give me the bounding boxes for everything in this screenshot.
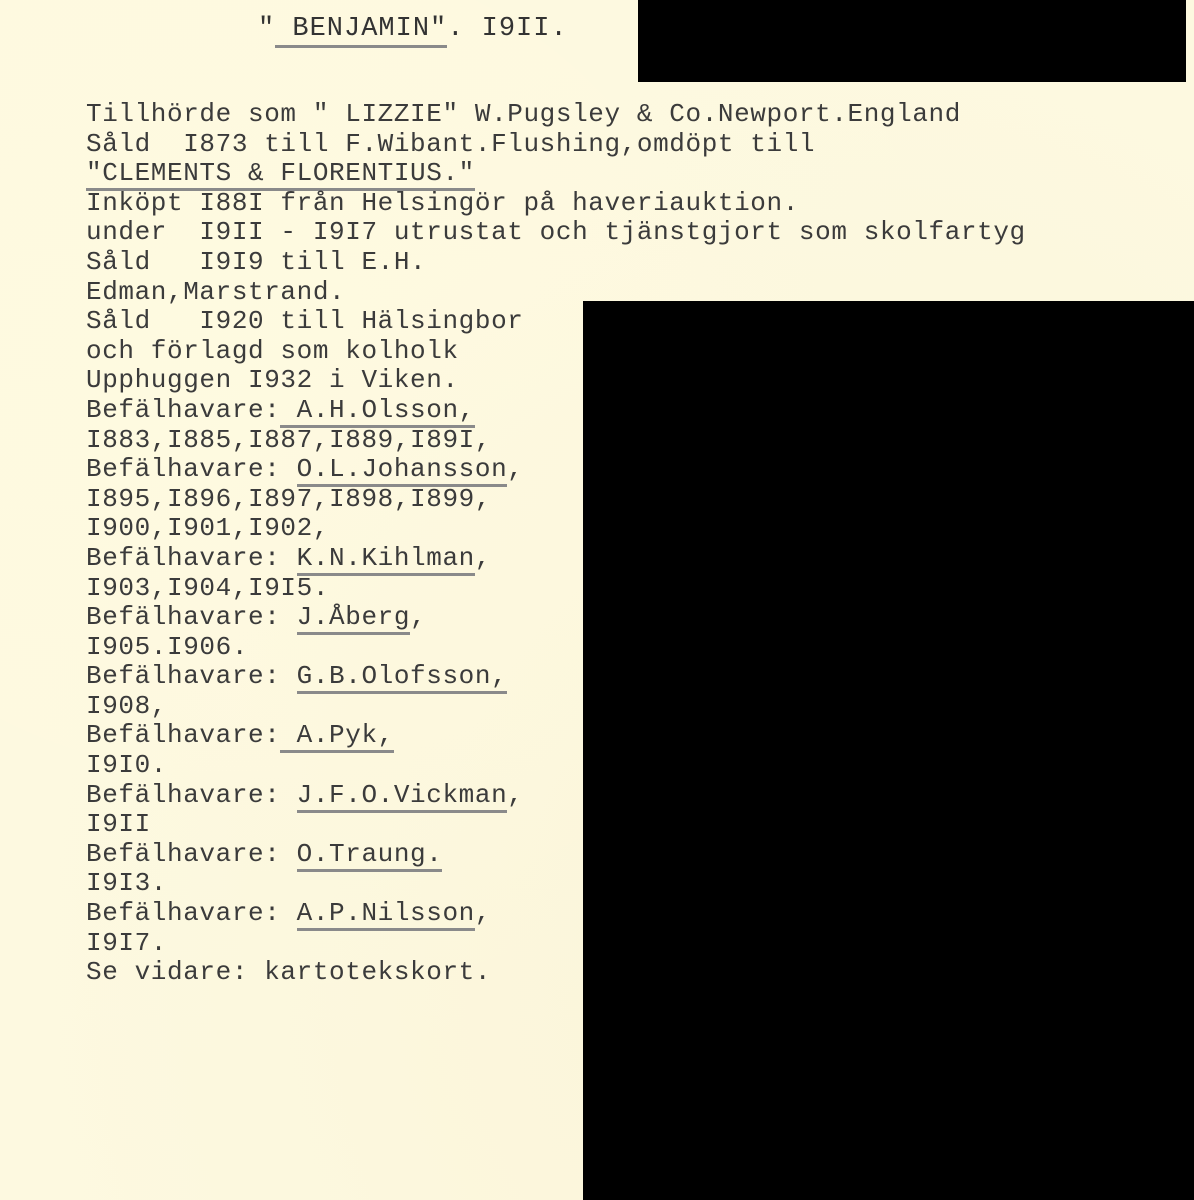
line-trailing: , <box>475 898 491 928</box>
underlined-name: A.P.Nilsson <box>297 898 475 931</box>
redaction-main-right <box>583 301 1194 1200</box>
underlined-name: A.H.Olsson, <box>280 395 474 428</box>
line-text: Såld I873 till F.Wibant.Flushing,omdöpt … <box>86 129 815 159</box>
line-text: I905.I906. <box>86 632 248 662</box>
title-year: . I9II. <box>447 14 567 44</box>
line-text: I9II <box>86 809 151 839</box>
document-line: Såld I9I9 till E.H. <box>86 248 1026 278</box>
line-text: I883,I885,I887,I889,I89I, <box>86 425 491 455</box>
underlined-name: "CLEMENTS & FLORENTIUS." <box>86 158 475 191</box>
document-line: Såld I873 till F.Wibant.Flushing,omdöpt … <box>86 130 1026 160</box>
underlined-name: A.Pyk, <box>280 720 393 753</box>
line-text: Se vidare: kartotekskort. <box>86 957 491 987</box>
document-line: Tillhörde som " LIZZIE" W.Pugsley & Co.N… <box>86 100 1026 130</box>
ship-name: BENJAMIN" <box>275 14 447 48</box>
underlined-name: G.B.Olofsson, <box>297 661 508 694</box>
line-text: Såld I920 till Hälsingbor <box>86 306 523 336</box>
document-line: Inköpt I88I från Helsingör på haveriaukt… <box>86 189 1026 219</box>
underlined-name: O.Traung. <box>297 839 443 872</box>
line-text: Befälhavare: <box>86 898 297 928</box>
line-text: Befälhavare: <box>86 780 297 810</box>
line-text: Befälhavare: <box>86 454 297 484</box>
line-text: Befälhavare: <box>86 839 297 869</box>
line-trailing: , <box>410 602 426 632</box>
title-prefix: " <box>258 14 275 44</box>
line-text: I908, <box>86 691 167 721</box>
line-text: Upphuggen I932 i Viken. <box>86 365 459 395</box>
underlined-name: J.Åberg <box>297 602 410 635</box>
line-text: Såld I9I9 till E.H. <box>86 247 426 277</box>
underlined-name: J.F.O.Vickman <box>297 780 508 813</box>
line-text: I9I7. <box>86 928 167 958</box>
line-text: I895,I896,I897,I898,I899, <box>86 484 491 514</box>
line-trailing: , <box>507 780 523 810</box>
line-text: Befälhavare: <box>86 720 280 750</box>
redaction-top-right <box>638 0 1186 82</box>
line-text: Edman,Marstrand. <box>86 277 345 307</box>
underlined-name: K.N.Kihlman <box>297 543 475 576</box>
line-text: Befälhavare: <box>86 395 280 425</box>
line-text: Befälhavare: <box>86 602 297 632</box>
line-text: I903,I904,I9I5. <box>86 573 329 603</box>
line-text: Befälhavare: <box>86 543 297 573</box>
underlined-name: O.L.Johansson <box>297 454 508 487</box>
document-line: under I9II - I9I7 utrustat och tjänstgjo… <box>86 218 1026 248</box>
line-text: I900,I901,I902, <box>86 513 329 543</box>
line-text: Befälhavare: <box>86 661 297 691</box>
line-text: Tillhörde som " LIZZIE" W.Pugsley & Co.N… <box>86 99 961 129</box>
line-text: I9I3. <box>86 868 167 898</box>
document-title: " BENJAMIN". I9II. <box>258 14 568 44</box>
line-trailing: , <box>507 454 523 484</box>
line-text: Inköpt I88I från Helsingör på haveriaukt… <box>86 188 799 218</box>
line-text: I9I0. <box>86 750 167 780</box>
line-text: och förlagd som kolholk <box>86 336 459 366</box>
line-text: under I9II - I9I7 utrustat och tjänstgjo… <box>86 217 1026 247</box>
line-trailing: , <box>475 543 491 573</box>
document-line: "CLEMENTS & FLORENTIUS." <box>86 159 1026 189</box>
